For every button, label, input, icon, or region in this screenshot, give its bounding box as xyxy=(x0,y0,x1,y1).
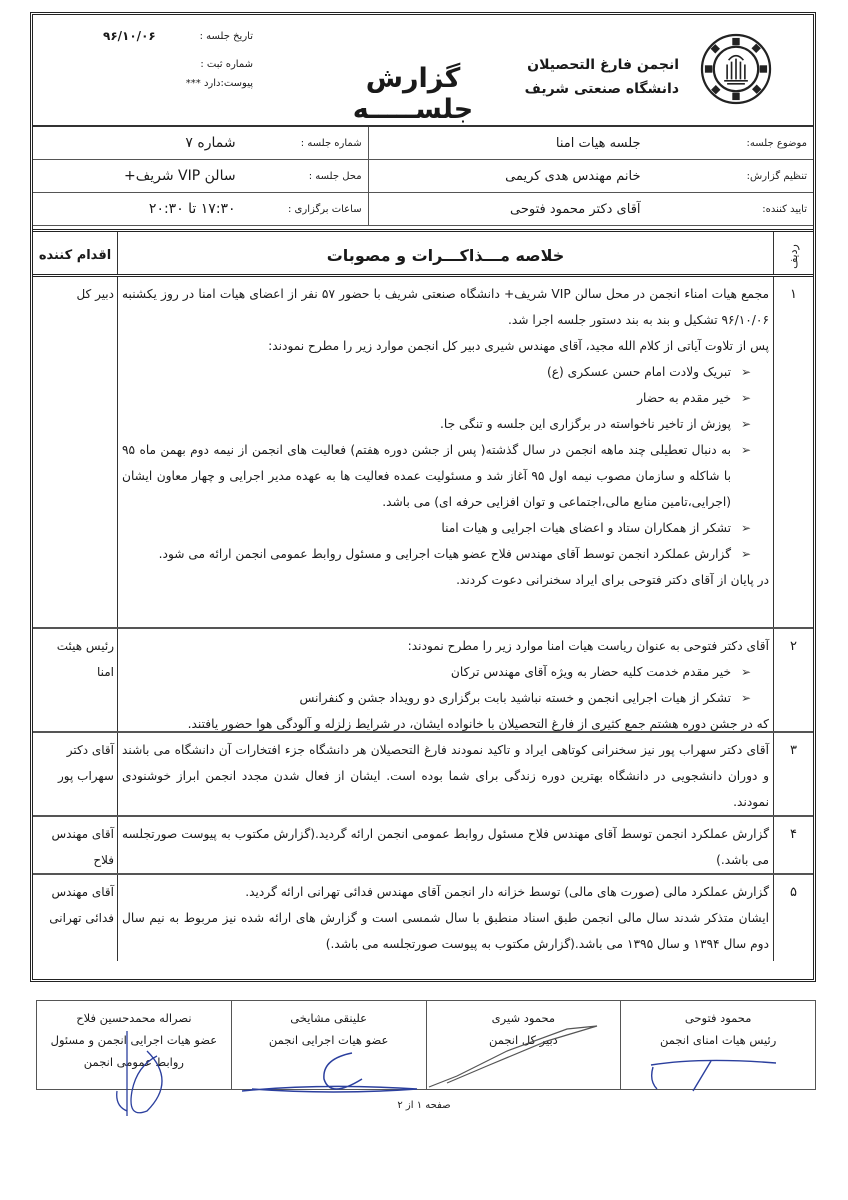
row-actor: آقای مهندس فلاح xyxy=(33,817,117,873)
row-summary: گزارش عملکرد مالی (صورت های مالی) توسط خ… xyxy=(117,875,773,961)
signature-mark-icon xyxy=(641,1053,791,1093)
signer-name: محمود فتوحی xyxy=(621,1007,815,1029)
bullet-list: تبریک ولادت امام حسن عسکری (ع) خیر مقدم … xyxy=(122,359,769,567)
row-paragraph: پس از تلاوت آیاتی از کلام الله مجید، آقا… xyxy=(122,333,769,359)
signer-name: علینقی مشایخی xyxy=(232,1007,426,1029)
row-summary: آقای دکتر سهراب پور نیز سخنرانی کوتاهی ا… xyxy=(117,733,773,815)
row-summary: آقای دکتر فتوحی به عنوان ریاست هیات امنا… xyxy=(117,629,773,731)
signature-mark-icon xyxy=(427,1021,607,1091)
signature-cell: علینقی مشایخی عضو هیات اجرایی انجمن xyxy=(231,1001,426,1089)
organization-name: انجمن فارغ التحصیلان دانشگاه صنعتی شریف xyxy=(525,53,679,101)
hours-value: ۱۷:۳۰ تا ۲۰:۳۰ xyxy=(33,193,276,226)
row-paragraph: آقای دکتر فتوحی به عنوان ریاست هیات امنا… xyxy=(122,633,769,659)
date-value: ۹۶/۱۰/۰۶ xyxy=(103,29,156,43)
row-paragraph: گزارش عملکرد مالی (صورت های مالی) توسط خ… xyxy=(122,879,769,905)
table-row: ۱ مجمع هیات امناء انجمن در محل سالن VIP … xyxy=(33,277,813,629)
table-row: ۲ آقای دکتر فتوحی به عنوان ریاست هیات ام… xyxy=(33,629,813,733)
subject-value: جلسه هیات امنا xyxy=(368,127,740,160)
signature-table: محمود فتوحی رئیس هیات امنای انجمن محمود … xyxy=(36,1000,816,1090)
place-value: سالن VIP شریف+ xyxy=(33,160,276,193)
column-header-summary: خلاصه مـــذاکـــرات و مصوبات xyxy=(117,232,773,274)
row-summary: گزارش عملکرد انجمن توسط آقای مهندس فلاح … xyxy=(117,817,773,873)
column-header-index: ردیف xyxy=(773,232,813,274)
minutes-header-row: ردیف خلاصه مـــذاکـــرات و مصوبات اقدام … xyxy=(33,229,813,277)
row-actor: آقای دکتر سهراب پور xyxy=(33,733,117,815)
row-index: ۴ xyxy=(773,817,813,873)
approver-value: آقای دکتر محمود فتوحی xyxy=(368,193,740,226)
approver-label: تایید کننده: xyxy=(741,193,813,226)
list-item: خیر مقدم به حضار xyxy=(122,385,751,411)
list-item: تشکر از همکاران ستاد و اعضای هیات اجرایی… xyxy=(122,515,751,541)
table-row: ۳ آقای دکتر سهراب پور نیز سخنرانی کوتاهی… xyxy=(33,733,813,817)
session-number-label: شماره جلسه : xyxy=(276,127,369,160)
page-number: صفحه ۱ از ۲ xyxy=(0,1100,848,1111)
row-paragraph: در پایان از آقای دکتر فتوحی برای ایراد س… xyxy=(122,567,769,593)
reporter-label: تنظیم گزارش: xyxy=(741,160,813,193)
row-summary: مجمع هیات امناء انجمن در محل سالن VIP شر… xyxy=(117,277,773,627)
place-label: محل جلسه : xyxy=(276,160,369,193)
org-line-2: دانشگاه صنعتی شریف xyxy=(525,77,679,101)
list-item: پوزش از تاخیر ناخواسته در برگزاری این جل… xyxy=(122,411,751,437)
hours-label: ساعات برگزاری : xyxy=(276,193,369,226)
row-index: ۲ xyxy=(773,629,813,731)
table-row: ۴ گزارش عملکرد انجمن توسط آقای مهندس فلا… xyxy=(33,817,813,875)
row-actor: رئیس هیئت امنا xyxy=(33,629,117,731)
row-index: ۳ xyxy=(773,733,813,815)
signature-cell: محمود شیری دبیر کل انجمن xyxy=(426,1001,621,1089)
row-actor: دبیر کل xyxy=(33,277,117,627)
list-item: به دنبال تعطیلی چند ماهه انجمن در سال گذ… xyxy=(122,437,751,515)
list-item: تشکر از هیات اجرایی انجمن و خسته نباشید … xyxy=(122,685,751,711)
minutes-table: ردیف خلاصه مـــذاکـــرات و مصوبات اقدام … xyxy=(33,229,813,961)
attachment-label: پیوست:دارد *** xyxy=(186,78,253,89)
row-paragraph: مجمع هیات امناء انجمن در محل سالن VIP شر… xyxy=(122,281,769,333)
list-item: تبریک ولادت امام حسن عسکری (ع) xyxy=(122,359,751,385)
list-item: خیر مقدم خدمت کلیه حضار به ویژه آقای مهن… xyxy=(122,659,751,685)
row-actor: آقای مهندس فدائی تهرانی xyxy=(33,875,117,961)
document-title: گزارش جلســـــه xyxy=(303,63,523,125)
meeting-info-table: موضوع جلسه: جلسه هیات امنا شماره جلسه : … xyxy=(33,127,813,226)
list-item: گزارش عملکرد انجمن توسط آقای مهندس فلاح … xyxy=(122,541,751,567)
university-logo-icon xyxy=(699,32,773,106)
row-index: ۱ xyxy=(773,277,813,627)
subject-label: موضوع جلسه: xyxy=(741,127,813,160)
signature-cell: محمود فتوحی رئیس هیات امنای انجمن xyxy=(620,1001,815,1089)
meeting-meta: تاریخ جلسه : ۹۶/۱۰/۰۶ شماره ثبت : پیوست:… xyxy=(103,25,253,91)
reporter-value: خانم مهندس هدی کریمی xyxy=(368,160,740,193)
row-index: ۵ xyxy=(773,875,813,961)
signer-role: رئیس هیات امنای انجمن xyxy=(621,1029,815,1051)
document-frame: انجمن فارغ التحصیلان دانشگاه صنعتی شریف … xyxy=(30,12,816,982)
index-header-label: ردیف xyxy=(787,244,800,269)
bullet-list: خیر مقدم خدمت کلیه حضار به ویژه آقای مهن… xyxy=(122,659,769,711)
org-line-1: انجمن فارغ التحصیلان xyxy=(525,53,679,77)
registration-label: شماره ثبت : xyxy=(200,59,253,70)
date-label: تاریخ جلسه : xyxy=(200,31,253,42)
document-header: انجمن فارغ التحصیلان دانشگاه صنعتی شریف … xyxy=(33,15,813,127)
signature-cell: نصراله محمدحسین فلاح عضو هیات اجرایی انج… xyxy=(37,1001,231,1089)
table-row: ۵ گزارش عملکرد مالی (صورت های مالی) توسط… xyxy=(33,875,813,961)
row-paragraph: ایشان متذکر شدند سال مالی انجمن طبق اسنا… xyxy=(122,905,769,957)
signature-mark-icon xyxy=(232,1039,422,1099)
session-number-value: شماره ۷ xyxy=(33,127,276,160)
column-header-actor: اقدام کننده xyxy=(33,232,117,274)
